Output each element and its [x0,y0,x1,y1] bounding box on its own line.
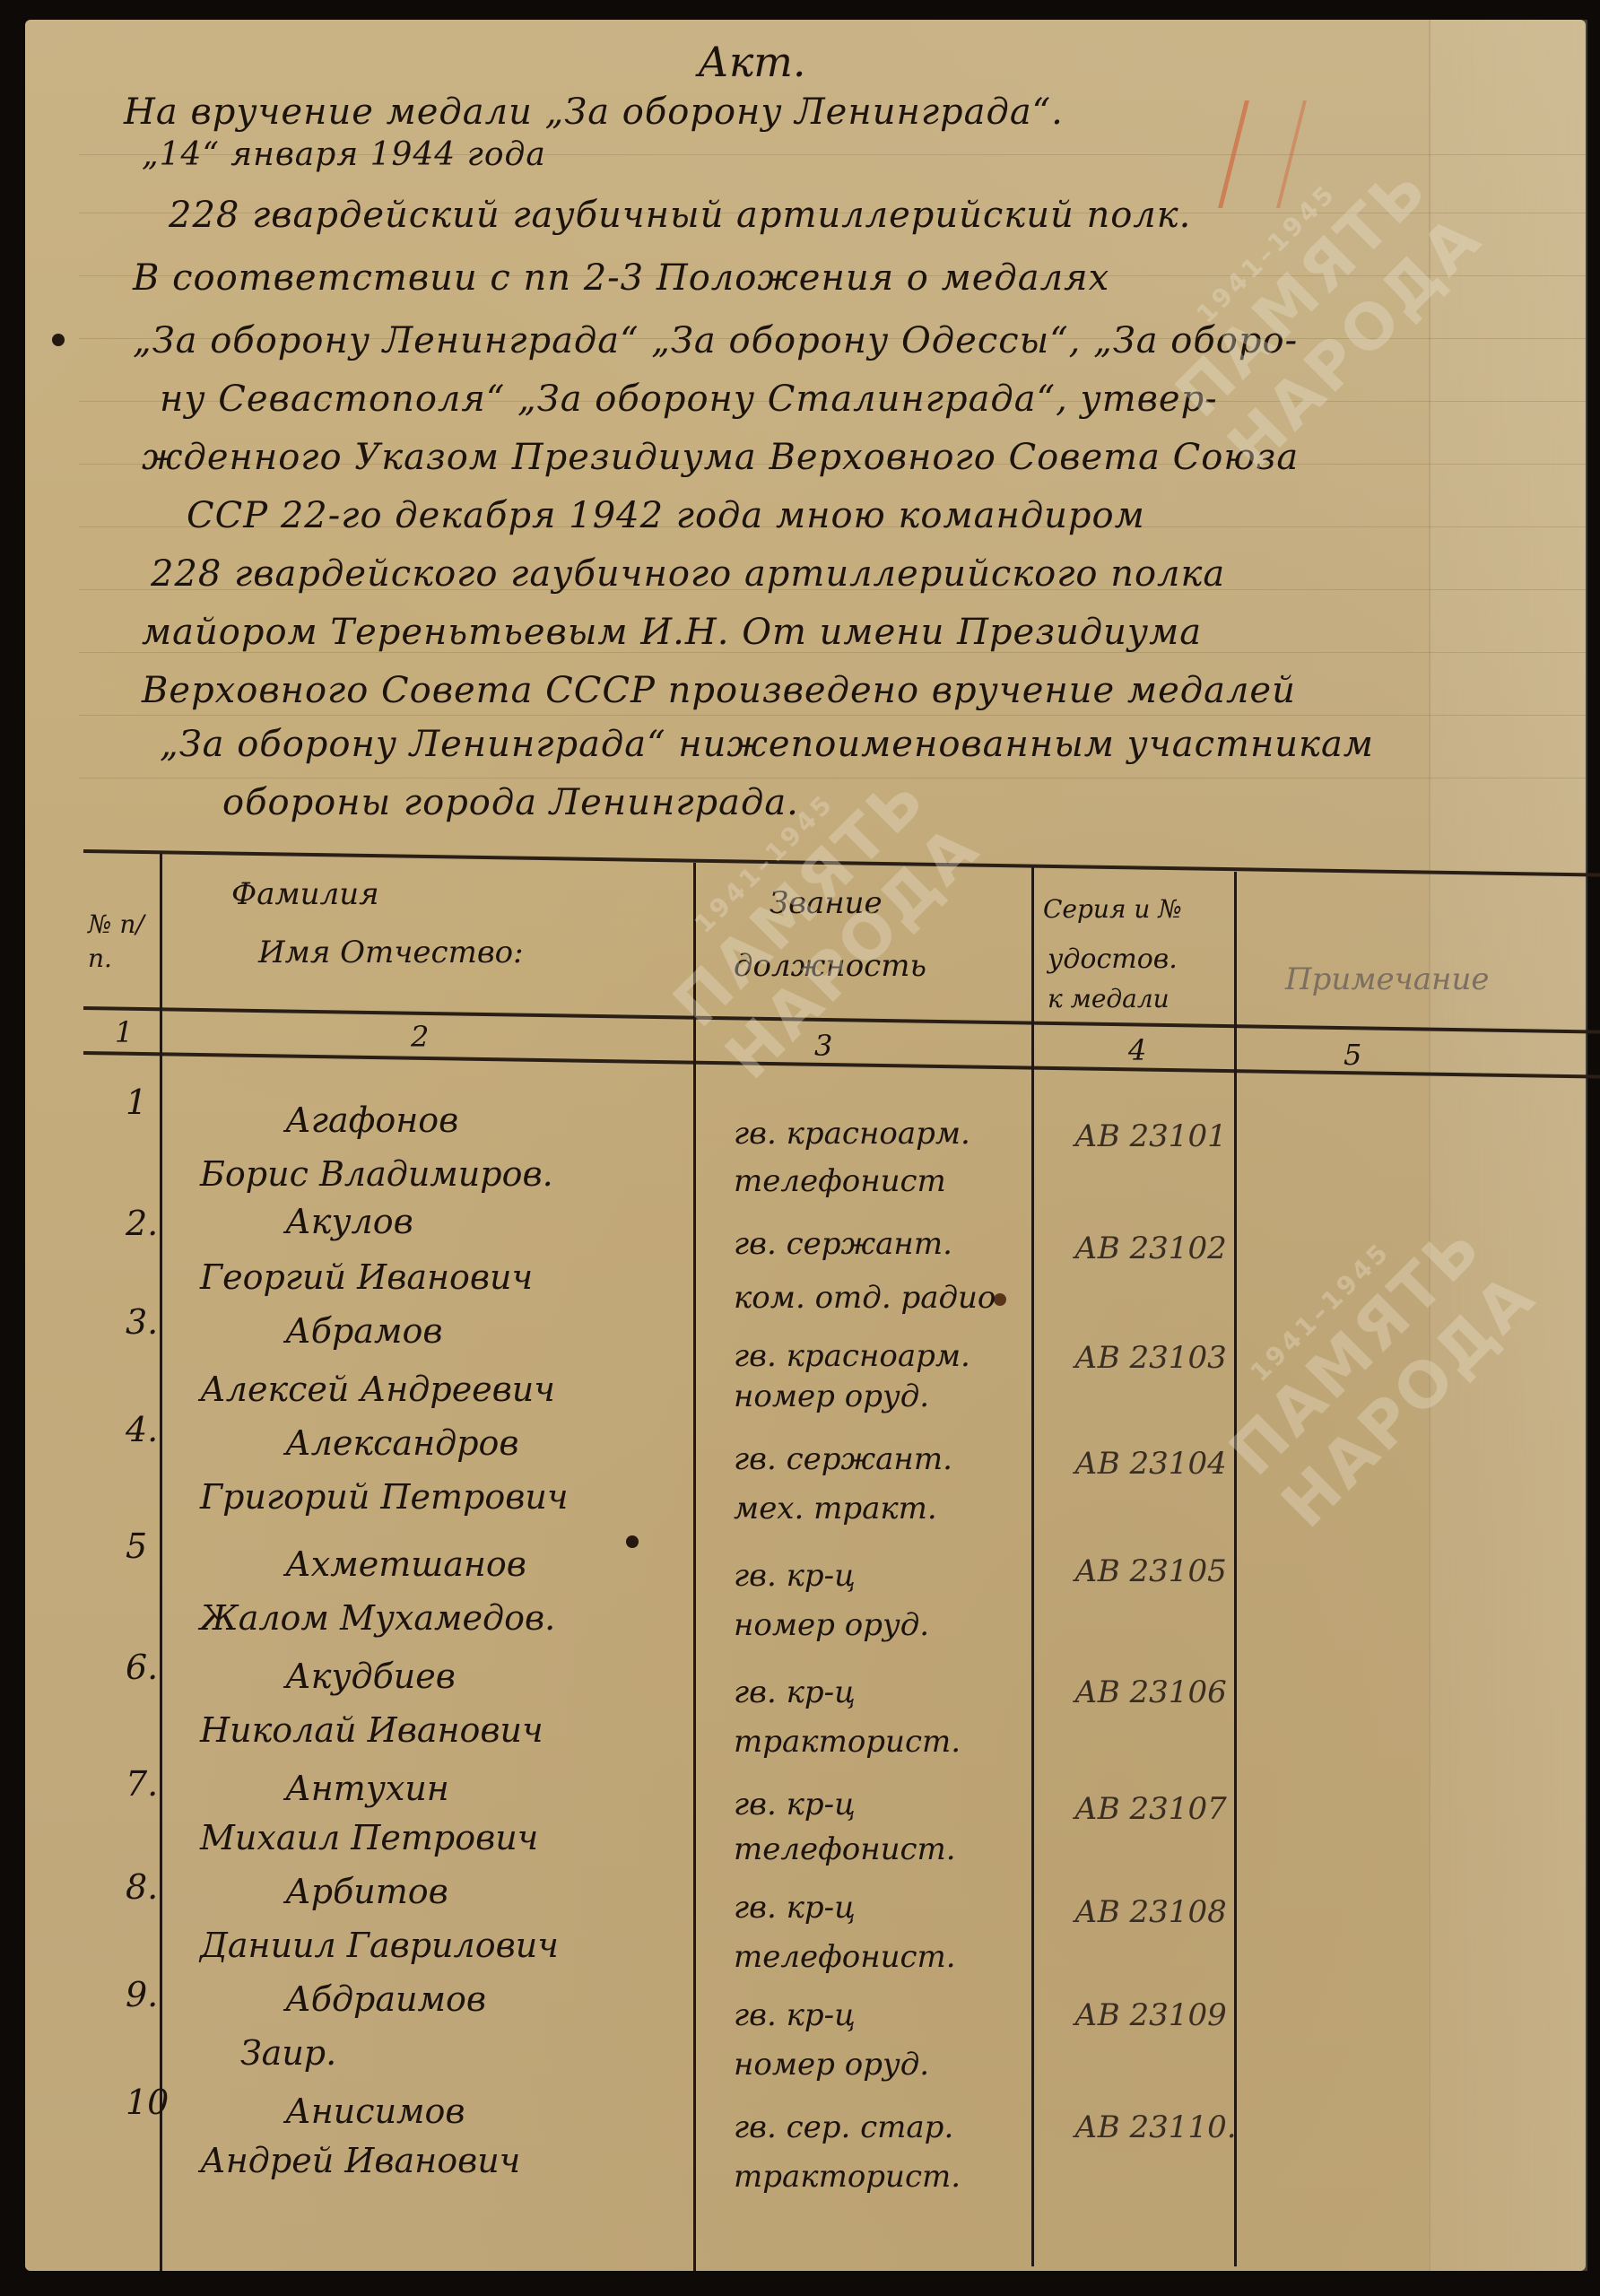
row-number: 5 [126,1526,147,1566]
row-position: телефонист. [734,1939,956,1975]
row-position: тракторист. [734,2159,961,2195]
row-surname: Абдраимов [285,1979,486,2019]
row-rank: гв. кр-ц [734,1997,856,2033]
header-surname: Фамилия [231,876,379,912]
body-line-1: На вручение медали „За оборону Ленинград… [124,91,1064,133]
row-given-names: Григорий Петрович [200,1477,569,1517]
row-position: ком. отд. радио [734,1280,996,1316]
row-certificate: АВ 23107 [1074,1791,1227,1827]
row-rank: гв. сер. стар. [734,2109,953,2145]
row-surname: Агафонов [285,1100,458,1140]
header-notes: Примечание [1285,961,1489,997]
body-line-6: ну Севастополя“ „За оборону Сталинграда“… [160,378,1218,420]
colnum-3: 3 [814,1029,832,1063]
row-given-names: Николай Иванович [200,1710,543,1750]
row-number: 2. [126,1204,158,1243]
col-divider-1 [160,854,162,2271]
row-given-names: Даниил Гаврилович [200,1926,559,1965]
row-surname: Арбитов [285,1872,448,1911]
document-page: Акт. На вручение медали „За оборону Лени… [25,20,1586,2271]
ink-blot [626,1535,639,1548]
col-divider-3 [1031,867,1034,2266]
row-number: 4. [126,1410,158,1449]
row-surname: Анисимов [285,2092,465,2131]
row-number: 3. [126,1302,158,1342]
body-line-10: майором Тереньтьевым И.Н. От имени Прези… [142,612,1202,653]
row-certificate: АВ 23103 [1074,1340,1227,1376]
row-certificate: АВ 23102 [1074,1231,1227,1266]
header-cert: удостов. [1048,944,1178,975]
row-rank: гв. красноарм. [734,1338,970,1374]
row-position: номер оруд. [734,1607,929,1643]
body-line-3: 228 гвардейский гаубичный артиллерийский… [169,195,1191,236]
row-number: 10 [126,2083,169,2122]
row-rank: гв. кр-ц [734,1674,856,1710]
ruled-line [79,715,1586,716]
colnum-5: 5 [1343,1038,1361,1072]
watermark-years: 1941–1945 [1195,1186,1447,1438]
body-line-8: ССР 22-го декабря 1942 года мною команди… [187,495,1145,536]
row-surname: Александров [285,1423,519,1463]
header-position: должность [734,948,926,984]
header-number: № п/п. [88,908,151,976]
colnum-bottom-border [83,1051,1600,1079]
row-certificate: АВ 23109 [1074,1997,1227,2033]
row-position: телефонист [734,1163,946,1199]
row-given-names: Алексей Андреевич [200,1370,555,1409]
row-number: 9. [126,1975,158,2014]
row-certificate: АВ 23105 [1074,1553,1227,1589]
row-rank: гв. сержант. [734,1441,952,1477]
row-given-names: Заир. [240,2033,336,2073]
document-title: Акт. [698,38,806,86]
row-given-names: Михаил Петрович [200,1818,538,1857]
header-name-patronymic: Имя Отчество: [258,935,524,970]
row-certificate: АВ 23104 [1074,1446,1227,1482]
ink-blot [52,334,65,346]
row-position: номер оруд. [734,2047,929,2083]
body-line-12: „За оборону Ленинграда“ нижепоименованны… [160,724,1374,765]
header-cert-series: Серия и № [1043,894,1182,924]
row-rank: гв. красноарм. [734,1116,970,1152]
row-certificate: АВ 23108 [1074,1894,1227,1930]
row-surname: Акудбиев [285,1657,456,1696]
colnum-2: 2 [411,1020,429,1054]
row-surname: Ахметшанов [285,1544,526,1584]
body-line-11: Верховного Совета СССР произведено вруче… [142,670,1296,711]
row-position: мех. тракт. [734,1491,937,1526]
row-rank: гв. кр-ц [734,1558,856,1594]
row-certificate: АВ 23110. [1074,2109,1237,2145]
body-line-9: 228 гвардейского гаубичного артиллерийск… [151,553,1225,595]
row-position: тракторист. [734,1724,961,1760]
row-surname: Абрамов [285,1311,442,1351]
body-line-13: обороны города Ленинграда. [222,782,799,823]
row-number: 8. [126,1867,158,1907]
row-surname: Акулов [285,1202,413,1241]
row-surname: Антухин [285,1769,449,1808]
col-divider-4 [1234,872,1237,2266]
header-bottom-border [83,1006,1600,1034]
row-number: 6. [126,1648,158,1687]
row-given-names: Борис Владимиров. [200,1154,553,1194]
colnum-4: 4 [1128,1033,1146,1067]
colnum-1: 1 [115,1015,133,1049]
row-number: 7. [126,1764,158,1804]
header-to-medal: к медали [1048,984,1170,1013]
header-rank: Звание [770,885,883,921]
body-line-2-date: „14“ января 1944 года [142,136,546,173]
ruled-line [79,778,1586,778]
row-certificate: АВ 23106 [1074,1674,1227,1710]
row-position: номер оруд. [734,1378,929,1414]
body-line-4: В соответствии с пп 2-3 Положения о меда… [133,257,1109,299]
row-given-names: Жалом Мухамедов. [200,1598,555,1638]
row-given-names: Андрей Иванович [200,2141,520,2180]
table-top-border [83,849,1600,877]
page-fold [1429,20,1587,2271]
body-line-5: „За оборону Ленинграда“ „За оборону Одес… [133,320,1298,361]
row-certificate: АВ 23101 [1074,1118,1227,1154]
row-rank: гв. кр-ц [734,1787,856,1822]
row-position: телефонист. [734,1831,956,1867]
row-rank: гв. сержант. [734,1226,952,1262]
row-rank: гв. кр-ц [734,1890,856,1926]
row-given-names: Георгий Иванович [200,1257,533,1297]
col-divider-2 [693,863,696,2271]
row-number: 1 [126,1083,147,1122]
body-line-7: жденного Указом Президиума Верховного Со… [142,437,1299,478]
